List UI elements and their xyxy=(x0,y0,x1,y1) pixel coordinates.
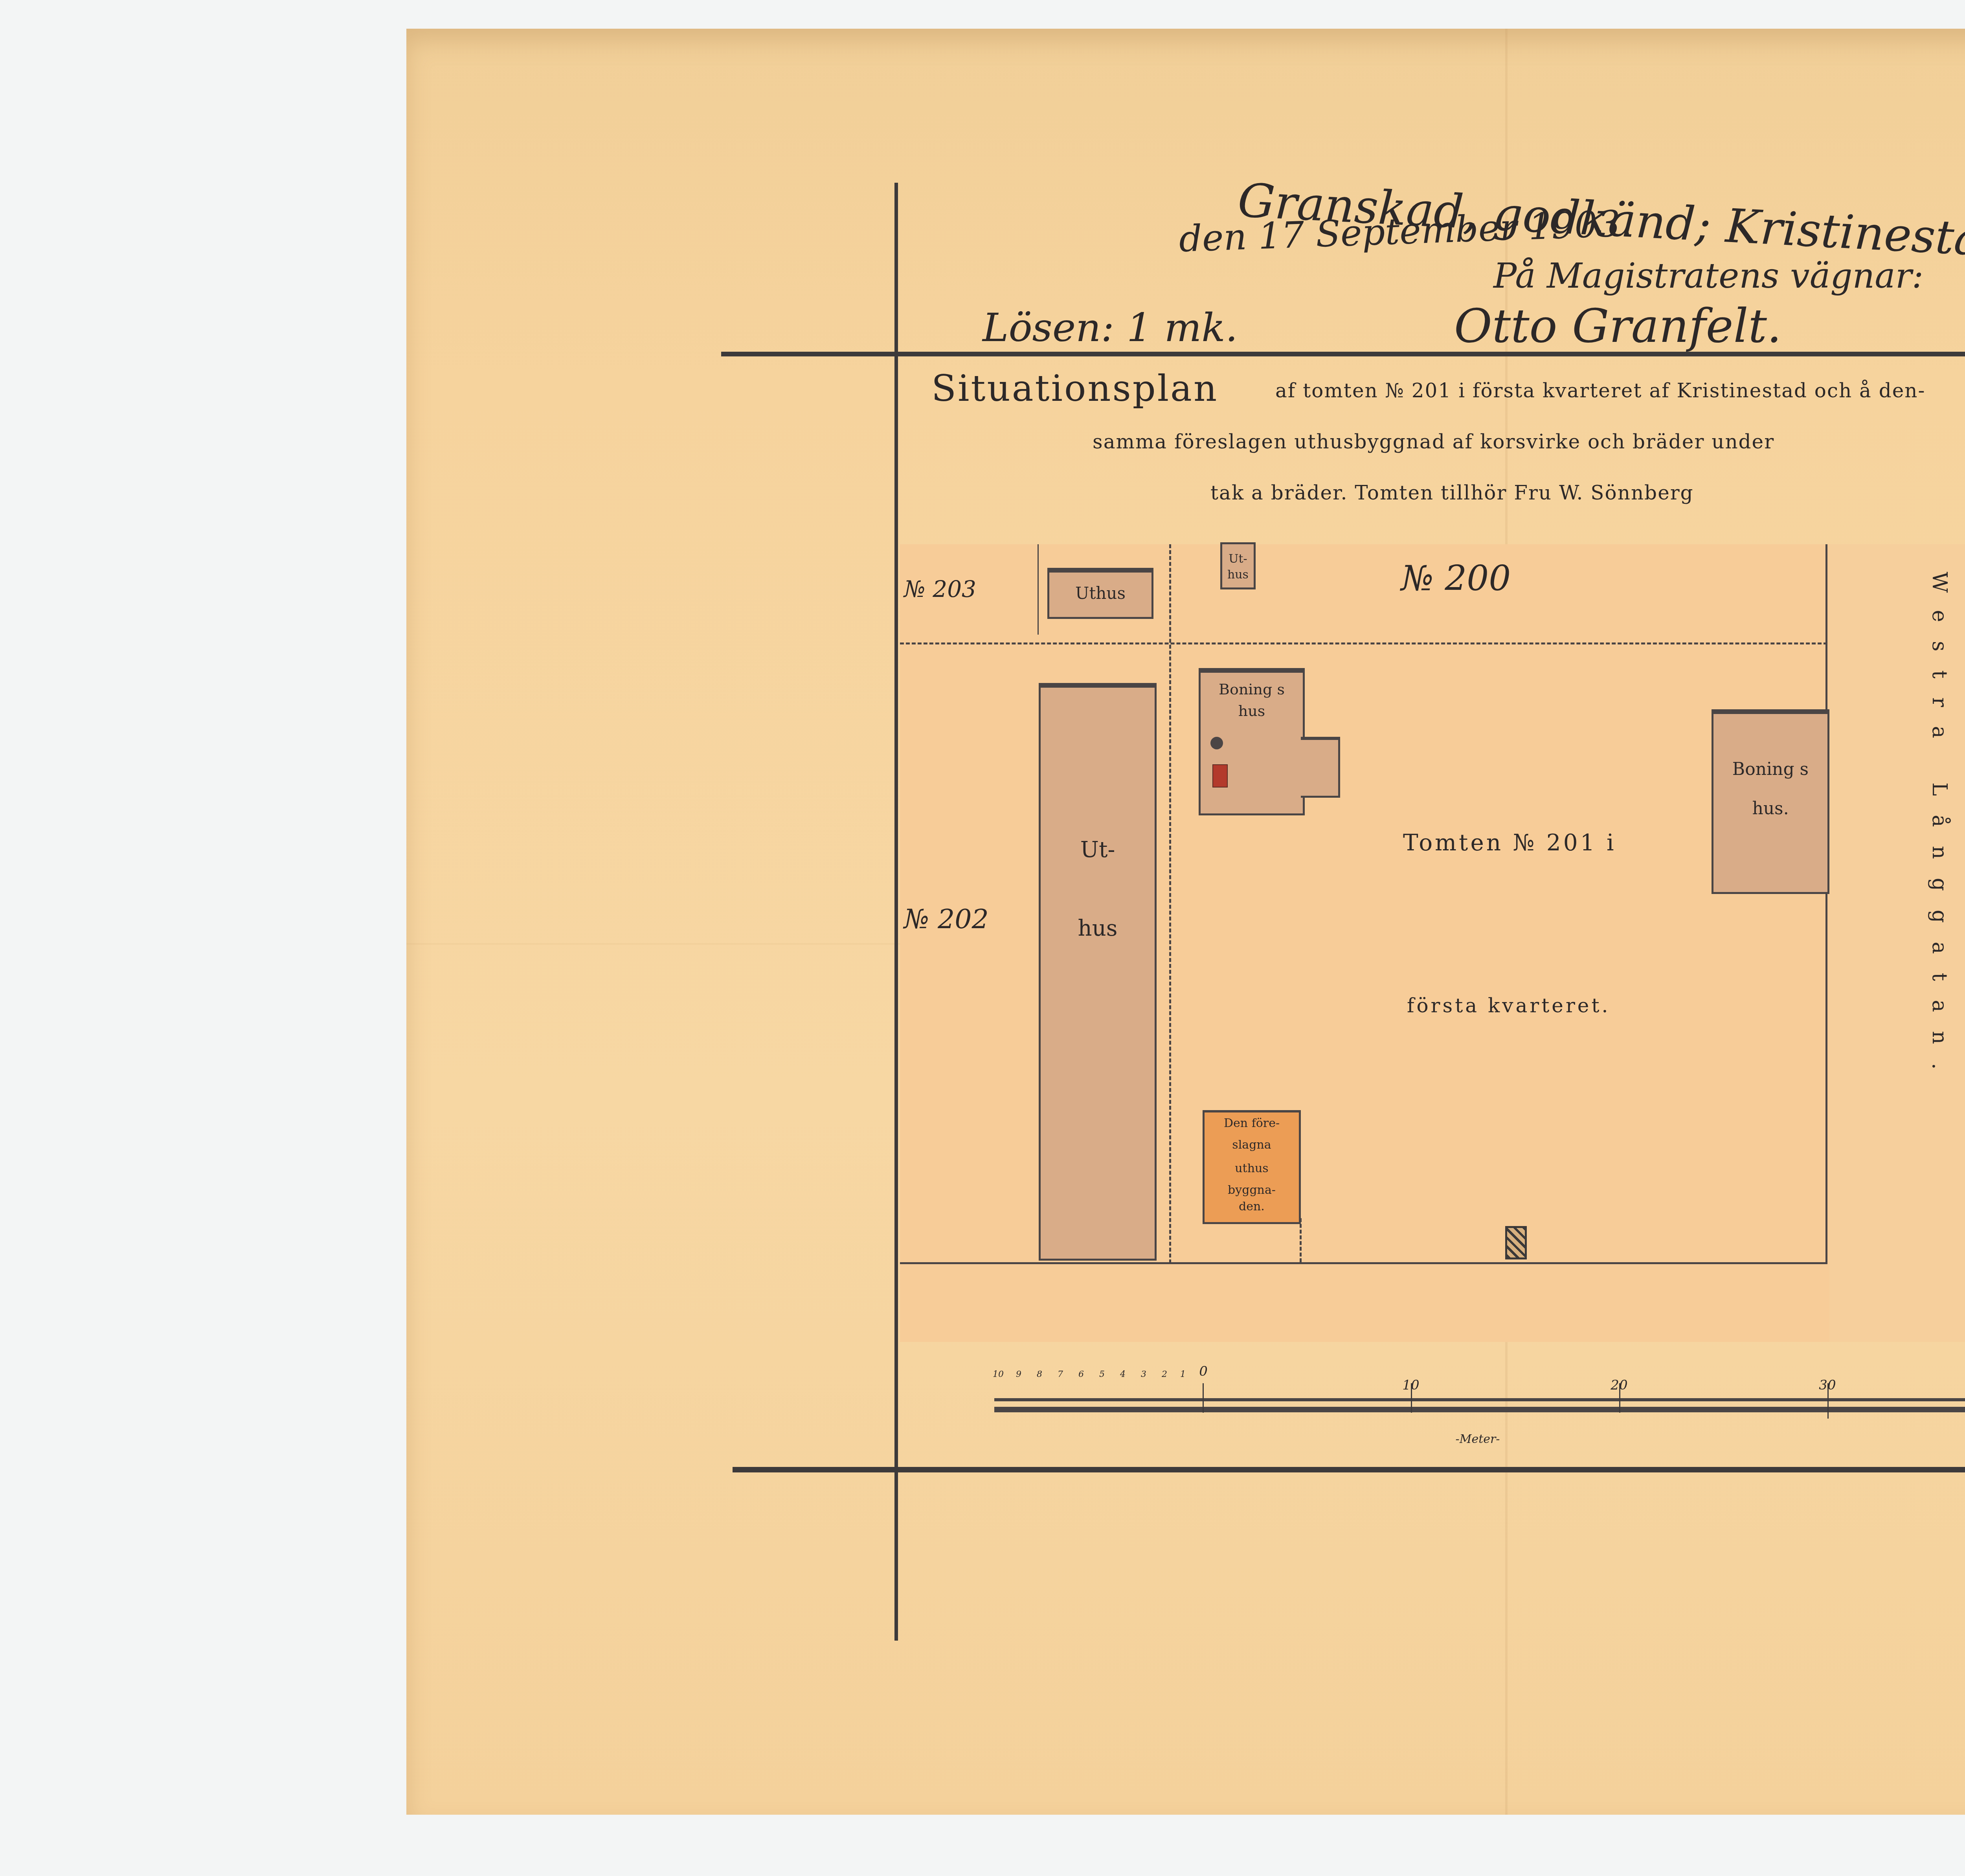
scale-label-left-10: 10 xyxy=(993,1369,1004,1379)
scale-label-left-3: 3 xyxy=(1141,1369,1146,1379)
building-label: Den före- xyxy=(1205,1116,1299,1130)
scale-bar xyxy=(994,1398,1965,1412)
lot-201-label-line-1: Tomten № 201 i xyxy=(1403,829,1616,856)
frame-left-line xyxy=(894,183,898,1641)
building-label: Ut-hus xyxy=(1222,551,1254,583)
scale-label-left-9: 9 xyxy=(1016,1369,1021,1379)
lot-number-202: № 202 xyxy=(904,904,989,935)
building-label: byggna- xyxy=(1205,1183,1299,1197)
scale-label-left-6: 6 xyxy=(1078,1369,1084,1379)
signature: Otto Granfelt. xyxy=(1454,299,1781,353)
boningshus-lot-193-side: Boning s hus. xyxy=(1712,709,1829,894)
scale-label-10: 10 xyxy=(1402,1377,1419,1393)
boningshus-lot-201-wing xyxy=(1301,737,1340,798)
scale-label-left-5: 5 xyxy=(1099,1369,1105,1379)
building-label: den. xyxy=(1205,1200,1299,1213)
title-lead: Situationsplan xyxy=(931,367,1218,409)
well-icon xyxy=(1210,737,1223,749)
building-label: Boning s xyxy=(1713,759,1827,779)
scale-label-0: 0 xyxy=(1199,1364,1208,1379)
approval-line-3: På Magistratens vägnar: xyxy=(1493,255,1923,296)
building-label: uthus xyxy=(1205,1162,1299,1175)
frame-bottom-line xyxy=(733,1467,1965,1472)
scale-label-left-7: 7 xyxy=(1058,1369,1063,1379)
scale-label-20: 20 xyxy=(1611,1377,1627,1393)
fee-note: Lösen: 1 mk. xyxy=(982,305,1238,351)
lot-201-label-line-2: första kvarteret. xyxy=(1407,994,1610,1017)
building-label: Boning s xyxy=(1201,681,1303,698)
proposed-uthus-building: Den före- slagna uthus byggna- den. xyxy=(1203,1110,1301,1224)
lot-201-south-boundary xyxy=(900,1262,1827,1264)
lot-200-south-boundary xyxy=(900,642,1827,644)
title-line-3: tak a bräder. Tomten tillhör Fru W. Sönn… xyxy=(1210,481,1694,504)
scale-label-left-2: 2 xyxy=(1162,1369,1167,1379)
building-label: Uthus xyxy=(1049,584,1151,603)
lot-number-200: № 200 xyxy=(1401,558,1511,598)
building-label: hus. xyxy=(1713,798,1827,819)
scale-tick-0 xyxy=(1203,1383,1204,1413)
scale-label-left-8: 8 xyxy=(1037,1369,1042,1379)
street-name: Westra Långgatan. xyxy=(1928,572,1951,1088)
chimney-icon xyxy=(1212,764,1228,787)
lot-202-boundary-left-uthus xyxy=(1038,544,1039,635)
lot-201-east-boundary xyxy=(1825,544,1827,1263)
building-label: hus xyxy=(1041,916,1155,941)
building-label: slagna xyxy=(1205,1138,1299,1152)
lot-202-east-boundary xyxy=(1169,544,1171,1263)
uthus-lot-203: Uthus xyxy=(1047,568,1153,619)
title-line-2: samma föreslagen uthusbyggnad af korsvir… xyxy=(1093,430,1774,453)
uthus-lot-200-small: Ut-hus xyxy=(1220,542,1256,589)
uthus-long-lot-202: Ut- hus xyxy=(1039,683,1157,1261)
gate-hatched-icon xyxy=(1505,1226,1527,1259)
scale-unit-label: -Meter- xyxy=(1456,1432,1500,1446)
scale-label-30: 30 xyxy=(1819,1377,1836,1393)
scale-label-left-1: 1 xyxy=(1180,1369,1186,1379)
scale-label-left-4: 4 xyxy=(1120,1369,1126,1379)
building-label: Ut- xyxy=(1041,837,1155,863)
proposed-building-line xyxy=(1300,1218,1302,1262)
title-line-1: af tomten № 201 i första kvarteret af Kr… xyxy=(1275,379,1925,402)
building-label: hus xyxy=(1201,702,1303,720)
lot-number-203: № 203 xyxy=(904,576,976,602)
